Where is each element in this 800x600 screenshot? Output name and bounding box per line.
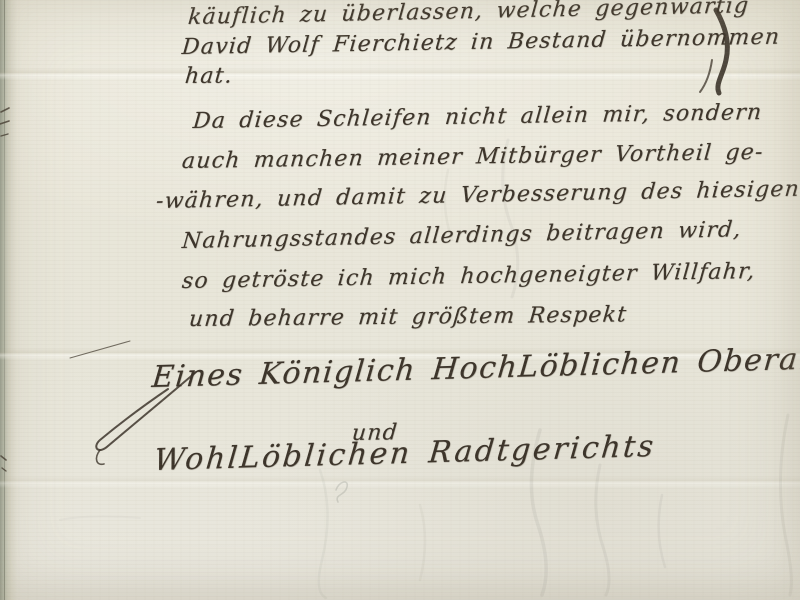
manuscript-line-4: auch manchen meiner Mitbürger Vortheil g…	[181, 140, 765, 174]
manuscript-line-11: WohlLöblichen Radtgerichts	[152, 429, 657, 478]
manuscript-line-0: käuflich zu überlassen, welche gegenwärt…	[187, 0, 750, 30]
manuscript-line-7: so getröste ich mich hochgeneigter Willf…	[181, 259, 757, 294]
manuscript-line-5: -währen, und damit zu Verbesserung des h…	[155, 177, 800, 214]
manuscript-line-3: Da diese Schleifen nicht allein mir, son…	[192, 100, 764, 134]
manuscript-line-9: Eines Königlich HochLöblichen Oberamts	[150, 340, 800, 395]
manuscript-page: käuflich zu überlassen, welche gegenwärt…	[0, 0, 800, 600]
manuscript-line-1: David Wolf Fierchietz in Bestand übernom…	[181, 25, 781, 60]
handwritten-text: käuflich zu überlassen, welche gegenwärt…	[0, 0, 800, 600]
manuscript-line-8: und beharre mit größtem Respekt	[188, 302, 629, 332]
manuscript-line-6: Nahrungsstandes allerdings beitragen wir…	[181, 217, 743, 254]
manuscript-line-2: hat.	[184, 64, 234, 89]
